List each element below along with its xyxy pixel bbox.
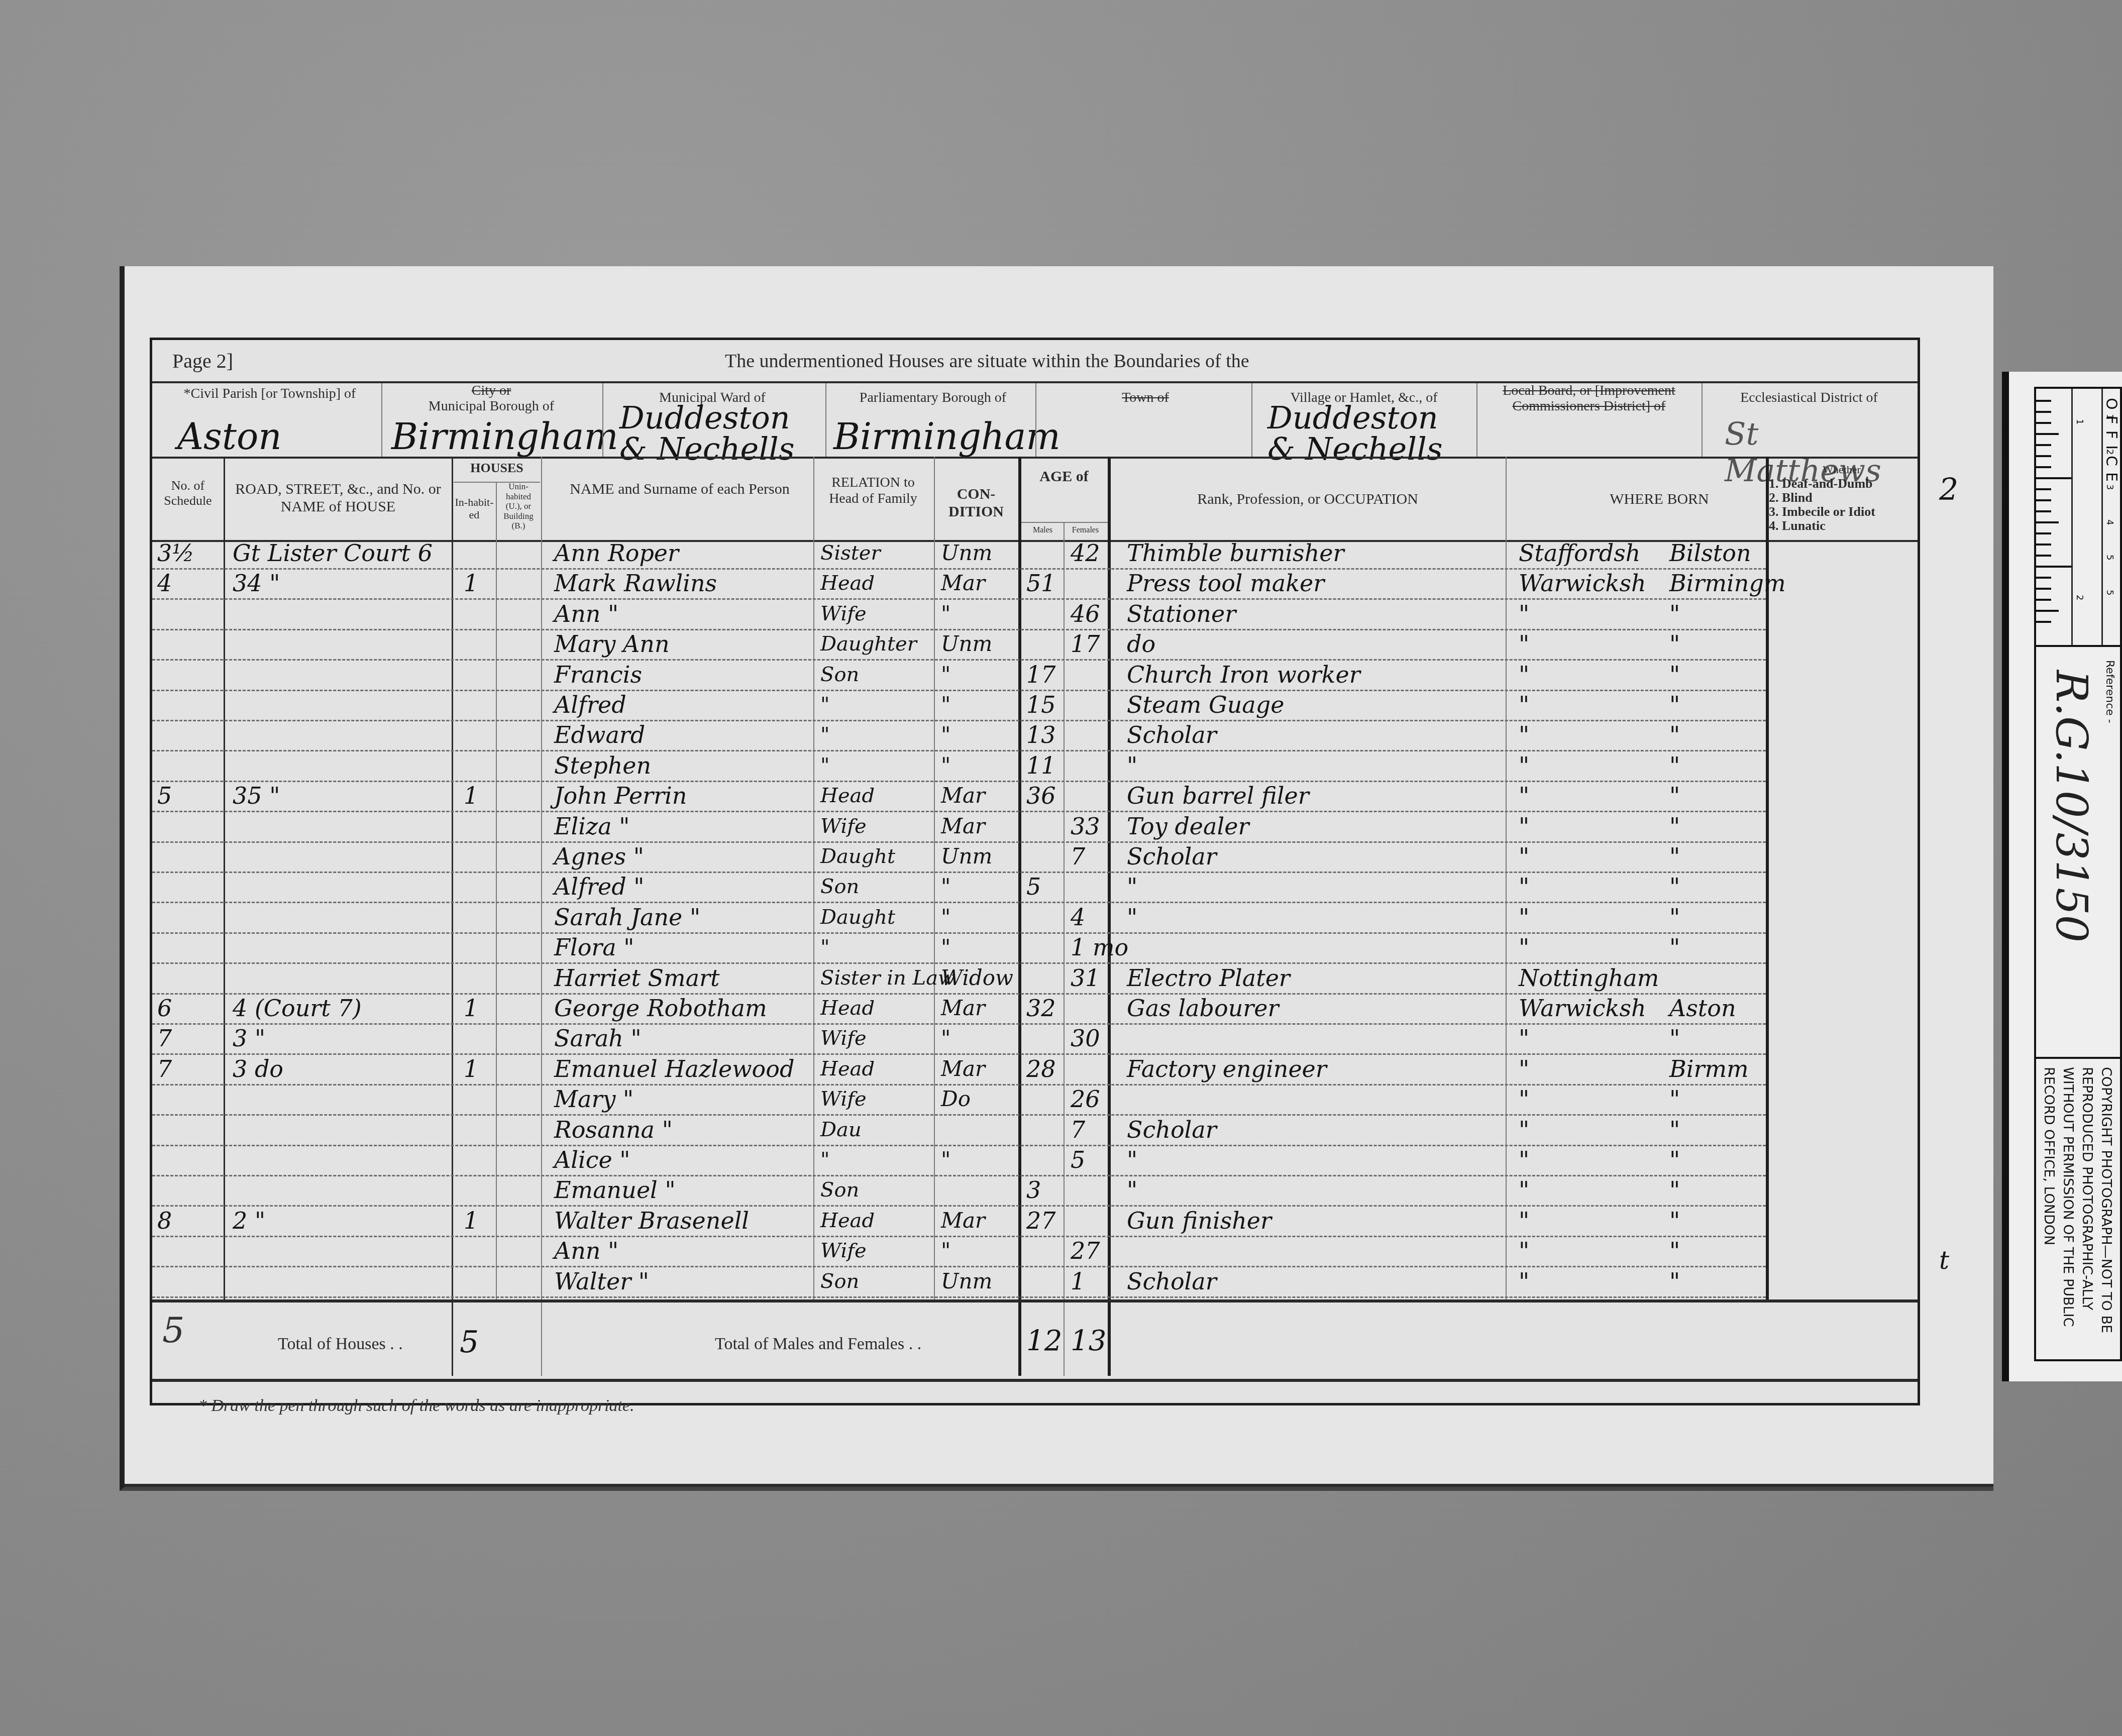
occupation-cell: Toy dealer — [1127, 811, 1499, 841]
occupation-cell: Scholar — [1127, 1266, 1499, 1296]
schedule-cell: 7 — [157, 1023, 223, 1053]
age-female-cell: 1 mo — [1071, 932, 1106, 962]
inhabited-cell: 1 — [464, 781, 494, 811]
schedule-cell: 8 — [157, 1206, 223, 1236]
col-age: AGE of — [1021, 468, 1107, 486]
relation-cell: Head — [820, 781, 931, 811]
rule — [152, 1299, 1918, 1303]
rule — [1021, 522, 1108, 523]
condition-cell: Mar — [941, 811, 1016, 841]
inhabited-cell — [464, 1084, 494, 1114]
inhabited-cell — [464, 660, 494, 690]
age-male-cell — [1026, 1236, 1062, 1266]
age-female-cell: 17 — [1071, 629, 1106, 659]
ruler-tick — [2036, 588, 2051, 590]
occupation-cell: Gas labourer — [1127, 993, 1499, 1023]
schedule-cell: 5 — [157, 781, 223, 811]
col-condition: CON-DITION — [936, 486, 1016, 520]
age-male-cell: 28 — [1026, 1054, 1062, 1084]
birthplace-county-cell: " — [1519, 1145, 1659, 1175]
schedule-cell: 6 — [157, 993, 223, 1023]
occupation-cell: " — [1127, 872, 1499, 902]
relation-cell: Daught — [820, 841, 931, 872]
condition-cell: " — [941, 1145, 1016, 1175]
occupation-cell — [1127, 1023, 1499, 1053]
person-name-cell: Flora " — [554, 932, 810, 962]
birthplace-town-cell: " — [1669, 1266, 1765, 1296]
schedule-cell — [157, 963, 223, 993]
age-male-cell — [1026, 599, 1062, 629]
ruler-number: 2 — [2074, 595, 2085, 600]
birthplace-county-cell: Nottingham — [1519, 963, 1659, 993]
birthplace-county-cell: " — [1519, 720, 1659, 750]
person-name-cell: Emanuel " — [554, 1175, 810, 1205]
birthplace-town-cell: " — [1669, 720, 1765, 750]
inhabited-cell — [464, 1115, 494, 1145]
age-male-cell — [1026, 932, 1062, 962]
age-female-cell: 42 — [1071, 538, 1106, 568]
address-cell — [233, 750, 449, 781]
birthplace-town-cell: Aston — [1669, 993, 1765, 1023]
occupation-cell: Press tool maker — [1127, 568, 1499, 598]
inhabited-cell — [464, 1175, 494, 1205]
address-cell — [233, 720, 449, 750]
divider — [224, 457, 225, 1300]
person-name-cell: George Robotham — [554, 993, 810, 1023]
person-name-cell: Mark Rawlins — [554, 568, 810, 598]
condition-cell: " — [941, 1023, 1016, 1053]
footnote: * Draw the pen through such of the words… — [198, 1396, 634, 1416]
col-uninhabited: Unin-habited (U.), or Building (B.) — [497, 482, 540, 531]
ruler-tick — [2036, 433, 2059, 435]
occupation-cell: Scholar — [1127, 1115, 1499, 1145]
birthplace-county-cell: " — [1519, 781, 1659, 811]
rule — [152, 457, 1918, 459]
inhabited-cell — [464, 932, 494, 962]
birthplace-town-cell: " — [1669, 660, 1765, 690]
occupation-cell: " — [1127, 750, 1499, 781]
birthplace-town-cell: " — [1669, 750, 1765, 781]
town-label: Town of — [1037, 390, 1253, 406]
divider — [1251, 383, 1252, 457]
occupation-cell: " — [1127, 902, 1499, 932]
condition-cell — [941, 1175, 1016, 1205]
person-name-cell: Eliza " — [554, 811, 810, 841]
public-record-office-label: PUBLIC RECORD OFFICE — [2102, 398, 2122, 639]
birthplace-county-cell: " — [1519, 902, 1659, 932]
age-female-cell: 46 — [1071, 599, 1106, 629]
schedule-cell — [157, 841, 223, 872]
age-female-cell — [1071, 872, 1106, 902]
schedule-cell — [157, 1175, 223, 1205]
age-male-cell: 51 — [1026, 568, 1062, 598]
occupation-cell: Church Iron worker — [1127, 660, 1499, 690]
address-cell: 3 do — [233, 1054, 449, 1084]
person-name-cell: Walter " — [554, 1266, 810, 1296]
relation-cell: " — [820, 750, 931, 781]
age-male-cell — [1026, 963, 1062, 993]
birthplace-town-cell: " — [1669, 841, 1765, 872]
person-name-cell: Harriet Smart — [554, 963, 810, 993]
relation-cell: Head — [820, 993, 931, 1023]
age-male-cell: 32 — [1026, 993, 1062, 1023]
occupation-cell: Steam Guage — [1127, 690, 1499, 720]
inhabited-cell — [464, 872, 494, 902]
ruler-tick — [2036, 544, 2051, 546]
birthplace-county-cell: " — [1519, 599, 1659, 629]
relation-cell: Daught — [820, 902, 931, 932]
person-name-cell: Ann Roper — [554, 538, 810, 568]
inhabited-cell — [464, 1145, 494, 1175]
condition-cell: Do — [941, 1084, 1016, 1114]
birthplace-town-cell: " — [1669, 1023, 1765, 1053]
col-occupation: Rank, Profession, or OCCUPATION — [1112, 491, 1504, 508]
age-male-cell: 3 — [1026, 1175, 1062, 1205]
civil-parish-label: *Civil Parish [or Township] of — [159, 386, 380, 402]
relation-cell: Son — [820, 872, 931, 902]
relation-cell: Son — [820, 1175, 931, 1205]
col-name: NAME and Surname of each Person — [549, 481, 810, 498]
ruler-tick — [2036, 455, 2051, 457]
ruler-tick — [2036, 521, 2059, 523]
birthplace-county-cell: Warwicksh — [1519, 568, 1659, 598]
reference-card-frame: 1 2 1 2 3 4 5 5 PUBLIC RECORD OFFICE Ref… — [2034, 387, 2122, 1361]
local-board-label: Local Board, or [Improvement Commissione… — [1478, 383, 1700, 414]
ruler-tick — [2036, 411, 2051, 413]
occupation-cell: Scholar — [1127, 720, 1499, 750]
relation-cell: Head — [820, 1206, 931, 1236]
birthplace-county-cell: Staffordsh — [1519, 538, 1659, 568]
relation-cell: Head — [820, 1054, 931, 1084]
occupation-cell: " — [1127, 1145, 1499, 1175]
birthplace-town-cell — [1669, 963, 1765, 993]
condition-cell: " — [941, 660, 1016, 690]
parliamentary-borough-label: Parliamentary Borough of — [827, 390, 1038, 406]
birthplace-town-cell: " — [1669, 932, 1765, 962]
occupation-cell: Thimble burnisher — [1127, 538, 1499, 568]
ruler-tick — [2036, 577, 2051, 579]
condition-cell: " — [941, 902, 1016, 932]
address-cell — [233, 811, 449, 841]
inhabited-cell — [464, 750, 494, 781]
ruler-tick — [2036, 510, 2051, 512]
col-males: Males — [1021, 526, 1064, 535]
address-cell: 3 " — [233, 1023, 449, 1053]
divider — [602, 383, 603, 457]
relation-cell: Dau — [820, 1115, 931, 1145]
person-name-cell: Sarah Jane " — [554, 902, 810, 932]
relation-cell: Wife — [820, 1236, 931, 1266]
occupation-cell: Electro Plater — [1127, 963, 1499, 993]
reference-label: Reference - — [2103, 660, 2116, 723]
age-male-cell — [1026, 841, 1062, 872]
age-male-cell — [1026, 1084, 1062, 1114]
age-female-cell: 30 — [1071, 1023, 1106, 1053]
birthplace-county-cell: " — [1519, 1054, 1659, 1084]
person-name-cell: Mary " — [554, 1084, 810, 1114]
relation-cell: " — [820, 690, 931, 720]
condition-cell: Unm — [941, 538, 1016, 568]
condition-cell: " — [941, 720, 1016, 750]
divider — [825, 383, 826, 457]
schedule-cell: 4 — [157, 568, 223, 598]
age-female-cell: 27 — [1071, 1236, 1106, 1266]
inhabited-cell — [464, 963, 494, 993]
age-male-cell: 27 — [1026, 1206, 1062, 1236]
person-name-cell: Rosanna " — [554, 1115, 810, 1145]
schedule-cell — [157, 811, 223, 841]
inhabited-cell — [464, 902, 494, 932]
schedule-cell: 7 — [157, 1054, 223, 1084]
age-female-cell: 7 — [1071, 841, 1106, 872]
address-cell — [233, 690, 449, 720]
birthplace-county-cell: " — [1519, 660, 1659, 690]
person-name-cell: Alfred " — [554, 872, 810, 902]
condition-cell: " — [941, 872, 1016, 902]
condition-cell: Unm — [941, 629, 1016, 659]
schedule-cell — [157, 902, 223, 932]
margin-tally: 5 — [162, 1310, 185, 1351]
person-name-cell: John Perrin — [554, 781, 810, 811]
person-name-cell: Mary Ann — [554, 629, 810, 659]
birthplace-county-cell: " — [1519, 1115, 1659, 1145]
schedule-cell — [157, 1115, 223, 1145]
age-female-cell — [1071, 1175, 1106, 1205]
schedule-cell — [157, 1236, 223, 1266]
relation-cell: Son — [820, 660, 931, 690]
ruler-tick — [2036, 499, 2051, 501]
birthplace-town-cell: " — [1669, 1115, 1765, 1145]
village-hamlet-value: Duddeston & Nechells — [1267, 402, 1448, 465]
birthplace-town-cell: " — [1669, 690, 1765, 720]
age-male-cell — [1026, 538, 1062, 568]
address-cell — [233, 902, 449, 932]
age-female-cell — [1071, 781, 1106, 811]
condition-cell: Mar — [941, 993, 1016, 1023]
person-name-cell: Stephen — [554, 750, 810, 781]
divider — [1506, 457, 1507, 1300]
schedule-cell — [157, 932, 223, 962]
schedule-cell: 3½ — [157, 538, 223, 568]
address-cell: Gt Lister Court 6 — [233, 538, 449, 568]
address-cell — [233, 660, 449, 690]
age-male-cell — [1026, 1023, 1062, 1053]
address-cell: 2 " — [233, 1206, 449, 1236]
schedule-cell — [157, 629, 223, 659]
age-male-cell — [1026, 1266, 1062, 1296]
birthplace-county-cell: " — [1519, 629, 1659, 659]
ruler-tick — [2036, 477, 2071, 479]
birthplace-town-cell: " — [1669, 781, 1765, 811]
age-female-cell: 7 — [1071, 1115, 1106, 1145]
person-name-cell: Walter Brasenell — [554, 1206, 810, 1236]
age-female-cell — [1071, 993, 1106, 1023]
total-males: 12 — [1026, 1325, 1062, 1357]
total-houses-value: 5 — [460, 1325, 479, 1360]
age-female-cell: 33 — [1071, 811, 1106, 841]
birthplace-town-cell: " — [1669, 1084, 1765, 1114]
banner-heading: The undermentioned Houses are situate wi… — [725, 350, 1249, 372]
reference-card: 1 2 1 2 3 4 5 5 PUBLIC RECORD OFFICE Ref… — [2002, 372, 2122, 1381]
inhabited-cell — [464, 811, 494, 841]
condition-cell: " — [941, 690, 1016, 720]
address-cell — [233, 599, 449, 629]
condition-cell: Mar — [941, 781, 1016, 811]
age-female-cell — [1071, 660, 1106, 690]
divider — [1035, 383, 1036, 457]
relation-cell: Sister — [820, 538, 931, 568]
birthplace-town-cell: " — [1669, 1236, 1765, 1266]
person-name-cell: Sarah " — [554, 1023, 810, 1053]
divider — [813, 457, 814, 1300]
divider — [2036, 1057, 2120, 1059]
municipal-ward-value: Duddeston & Nechells — [619, 402, 800, 465]
total-females: 13 — [1071, 1325, 1106, 1357]
address-cell — [233, 872, 449, 902]
condition-cell — [941, 1115, 1016, 1145]
row-rule — [152, 1296, 1766, 1298]
condition-cell: " — [941, 1236, 1016, 1266]
occupation-cell — [1127, 932, 1499, 962]
ruler-tick — [2036, 400, 2051, 402]
age-male-cell — [1026, 811, 1062, 841]
age-female-cell: 26 — [1071, 1084, 1106, 1114]
inhabited-cell — [464, 629, 494, 659]
condition-cell: Mar — [941, 1206, 1016, 1236]
address-cell — [233, 932, 449, 962]
schedule-cell — [157, 599, 223, 629]
col-houses: HOUSES — [454, 461, 540, 476]
relation-cell: Sister in Law — [820, 963, 931, 993]
occupation-cell: Scholar — [1127, 841, 1499, 872]
age-male-cell — [1026, 629, 1062, 659]
address-cell — [233, 1266, 449, 1296]
condition-cell: Widow — [941, 963, 1016, 993]
relation-cell: Wife — [820, 1084, 931, 1114]
birthplace-county-cell: " — [1519, 1206, 1659, 1236]
occupation-cell: Stationer — [1127, 599, 1499, 629]
inhabited-cell — [464, 538, 494, 568]
birthplace-county-cell: " — [1519, 1236, 1659, 1266]
person-name-cell: Edward — [554, 720, 810, 750]
municipal-borough-value: Birmingham — [391, 415, 618, 458]
address-cell — [233, 1084, 449, 1114]
birthplace-county-cell: " — [1519, 750, 1659, 781]
person-name-cell: Alice " — [554, 1145, 810, 1175]
age-female-cell — [1071, 1206, 1106, 1236]
birthplace-town-cell: " — [1669, 599, 1765, 629]
inhabited-cell: 1 — [464, 1054, 494, 1084]
ruler-tick — [2036, 422, 2051, 424]
total-persons-label: Total of Males and Females . . — [715, 1335, 921, 1354]
relation-cell: " — [820, 1145, 931, 1175]
rule — [152, 1379, 1918, 1382]
divider — [1018, 457, 1021, 1376]
schedule-cell — [157, 660, 223, 690]
age-female-cell — [1071, 750, 1106, 781]
relation-cell: Daughter — [820, 629, 931, 659]
person-name-cell: Agnes " — [554, 841, 810, 872]
birthplace-county-cell: Warwicksh — [1519, 993, 1659, 1023]
inhabited-cell: 1 — [464, 993, 494, 1023]
birthplace-county-cell: " — [1519, 841, 1659, 872]
address-cell — [233, 841, 449, 872]
page-label: Page 2] — [172, 349, 233, 373]
census-form: Page 2] The undermentioned Houses are si… — [150, 338, 1920, 1405]
address-cell: 35 " — [233, 781, 449, 811]
divider — [541, 457, 542, 1376]
age-male-cell: 17 — [1026, 660, 1062, 690]
schedule-cell — [157, 720, 223, 750]
ruler-tick — [2036, 488, 2051, 490]
ruler-tick — [2036, 621, 2051, 623]
birthplace-town-cell: " — [1669, 902, 1765, 932]
relation-cell: Wife — [820, 811, 931, 841]
age-male-cell: 11 — [1026, 750, 1062, 781]
relation-cell: Wife — [820, 1023, 931, 1053]
age-male-cell: 5 — [1026, 872, 1062, 902]
parliamentary-borough-value: Birmingham — [833, 415, 1060, 458]
age-female-cell — [1071, 690, 1106, 720]
birthplace-county-cell: " — [1519, 1084, 1659, 1114]
age-female-cell: 5 — [1071, 1145, 1106, 1175]
margin-mark: t — [1939, 1246, 1949, 1275]
address-cell: 4 (Court 7) — [233, 993, 449, 1023]
divider — [381, 383, 382, 457]
age-female-cell — [1071, 720, 1106, 750]
col-females: Females — [1064, 526, 1107, 535]
inhabited-cell: 1 — [464, 568, 494, 598]
birthplace-town-cell: Bilston — [1669, 538, 1765, 568]
schedule-cell — [157, 1266, 223, 1296]
inhabited-cell — [464, 599, 494, 629]
birthplace-county-cell: " — [1519, 1266, 1659, 1296]
schedule-cell — [157, 1145, 223, 1175]
birthplace-town-cell: " — [1669, 1145, 1765, 1175]
address-cell — [233, 963, 449, 993]
ruler-tick — [2036, 555, 2051, 557]
relation-cell: " — [820, 932, 931, 962]
divider — [2071, 389, 2073, 645]
rule — [454, 482, 540, 483]
col-inhabited: In-habit-ed — [454, 496, 495, 521]
divider — [1702, 383, 1703, 457]
ruler-tick — [2036, 444, 2051, 446]
civil-parish-value: Aston — [177, 415, 282, 458]
address-cell — [233, 629, 449, 659]
copyright-notice: COPYRIGHT PHOTOGRAPH—NOT TO BE REPRODUCE… — [2039, 1067, 2115, 1353]
col-relation: RELATION to Head of Family — [815, 475, 931, 507]
address-cell — [233, 1175, 449, 1205]
schedule-cell — [157, 690, 223, 720]
schedule-cell — [157, 872, 223, 902]
person-name-cell: Emanuel Hazlewood — [554, 1054, 810, 1084]
col-infirmity: Whether 1. Deaf-and-Dumb 2. Blind 3. Imb… — [1769, 463, 1915, 533]
inhabited-cell — [464, 1236, 494, 1266]
inhabited-cell — [464, 1023, 494, 1053]
condition-cell: " — [941, 750, 1016, 781]
age-female-cell — [1071, 568, 1106, 598]
birthplace-town-cell: " — [1669, 1206, 1765, 1236]
person-name-cell: Ann " — [554, 1236, 810, 1266]
occupation-cell: do — [1127, 629, 1499, 659]
condition-cell: Mar — [941, 1054, 1016, 1084]
age-male-cell: 13 — [1026, 720, 1062, 750]
age-female-cell: 31 — [1071, 963, 1106, 993]
birthplace-town-cell: " — [1669, 629, 1765, 659]
occupation-cell: Gun finisher — [1127, 1206, 1499, 1236]
birthplace-town-cell: Birmm — [1669, 1054, 1765, 1084]
